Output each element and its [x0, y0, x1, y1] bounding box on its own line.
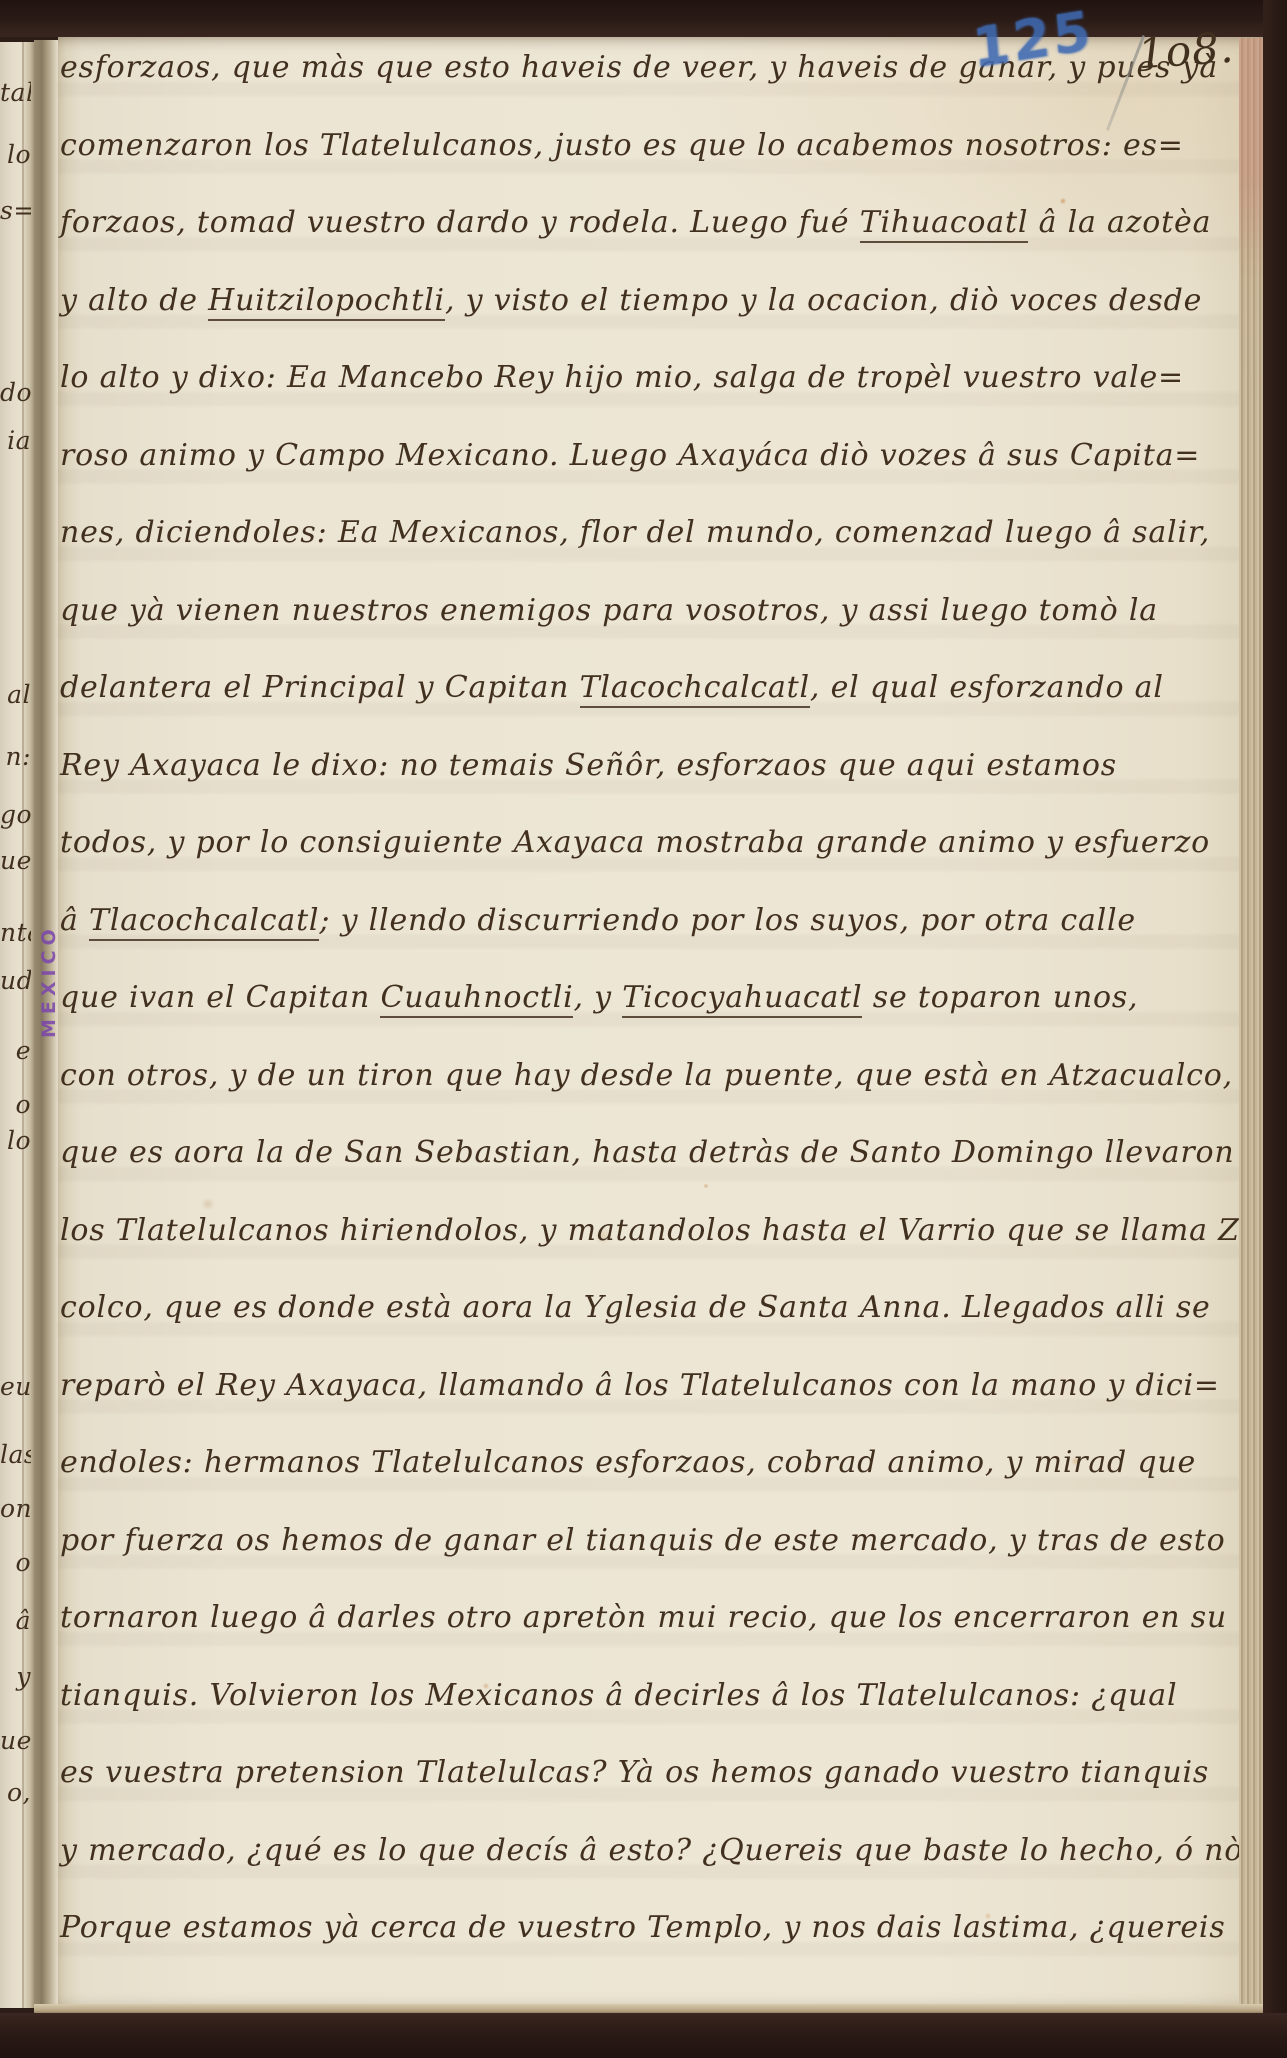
line-text: delantera el Principal y Capitan	[60, 670, 580, 705]
line-text: ; y llendo discurriendo por los suyos, p…	[319, 903, 1136, 938]
line-text: es vuestra pretension Tlatelulcas? Yà os…	[60, 1755, 1209, 1790]
manuscript-line: los Tlatelulcanos hiriendolos, y matando…	[60, 1213, 1284, 1248]
gutter-fragment: do	[0, 378, 31, 407]
line-text: que yà vienen nuestros enemigos para vos…	[60, 593, 1158, 628]
manuscript-page: esforzaos, que màs que esto haveis de ve…	[58, 36, 1263, 2012]
gutter-fragment: on	[0, 1494, 31, 1523]
line-text: forzaos, tomad vuestro dardo y rodela. L…	[60, 205, 860, 240]
page-fold-line	[22, 42, 24, 2008]
manuscript-line: es vuestra pretension Tlatelulcas? Yà os…	[60, 1755, 1209, 1790]
line-text: , y	[573, 980, 622, 1015]
folio-number-ink: 1o8.	[1136, 23, 1235, 79]
manuscript-line: roso animo y Campo Mexicano. Luego Axayá…	[60, 438, 1200, 473]
underlined-name: Ticocyahuacatl	[622, 980, 862, 1018]
gutter-fragment: o	[0, 1548, 31, 1577]
gutter-fragment: o,	[0, 1778, 31, 1807]
manuscript-line: con otros, y de un tiron que hay desde l…	[60, 1058, 1233, 1093]
line-text: Rey Axayaca le dixo: no temais Señôr, es…	[60, 748, 1117, 783]
book-cover-right	[1263, 0, 1287, 2058]
gutter-fragment: s=	[0, 196, 31, 225]
underlined-name: Tihuacoatl	[860, 205, 1029, 243]
line-text: que ivan el Capitan	[60, 980, 380, 1015]
gutter-fragment: al	[0, 680, 31, 709]
line-text: se toparon unos,	[862, 980, 1138, 1015]
line-text: comenzaron los Tlatelulcanos, justo es q…	[60, 128, 1184, 163]
line-text: â	[60, 903, 89, 938]
manuscript-line: reparò el Rey Axayaca, llamando â los Tl…	[60, 1368, 1220, 1403]
gutter-fragment: lo	[0, 140, 31, 169]
line-text: tianquis. Volvieron los Mexicanos â deci…	[60, 1678, 1177, 1713]
gutter-fragment: go	[0, 800, 31, 829]
manuscript-line: que ivan el Capitan Cuauhnoctli, y Ticoc…	[60, 980, 1138, 1015]
underlined-name: Cuauhnoctli	[380, 980, 573, 1018]
gutter-fragment: y	[0, 1662, 31, 1691]
line-text: â la azotèa	[1028, 205, 1211, 240]
underlined-name: Huitzilopochtli	[208, 283, 445, 321]
line-text: endoles: hermanos Tlatelulcanos esforzao…	[60, 1445, 1196, 1480]
manuscript-line: endoles: hermanos Tlatelulcanos esforzao…	[60, 1445, 1196, 1480]
manuscript-line: que yà vienen nuestros enemigos para vos…	[60, 593, 1158, 628]
line-text: que es aora la de San Sebastian, hasta d…	[60, 1135, 1264, 1170]
underlined-name: Tlacochcalcatl	[580, 670, 810, 708]
line-text: Porque estamos yà cerca de vuestro Templ…	[60, 1910, 1226, 1945]
gutter-fragment: nta	[0, 918, 31, 947]
line-text: y alto de	[60, 283, 208, 318]
manuscript-scan: tallos=doiaaln:goue:ntaudeoloeuc:lasonoâ…	[0, 0, 1287, 2058]
gutter-fragment: las	[0, 1440, 31, 1469]
line-text: todos, y por lo consiguiente Axayaca mos…	[60, 825, 1210, 860]
line-text: colco, que es donde està aora la Yglesia…	[60, 1290, 1211, 1325]
line-text: por fuerza os hemos de ganar el tianquis…	[60, 1523, 1225, 1558]
line-text: reparò el Rey Axayaca, llamando â los Tl…	[60, 1368, 1220, 1403]
manuscript-line: que es aora la de San Sebastian, hasta d…	[60, 1135, 1264, 1170]
line-text: nes, diciendoles: Ea Mexicanos, flor del…	[60, 515, 1210, 550]
book-cover-top	[0, 0, 1287, 37]
manuscript-line: Porque estamos yà cerca de vuestro Templ…	[60, 1910, 1226, 1945]
fore-edge	[1239, 38, 1265, 2010]
book-cover-bottom	[0, 2013, 1287, 2058]
library-stamp: MEXICO	[38, 886, 62, 1038]
line-text: lo alto y dixo: Ea Mancebo Rey hijo mio,…	[60, 360, 1184, 395]
gutter-fragment: ud	[0, 966, 31, 995]
manuscript-line: â Tlacochcalcatl; y llendo discurriendo …	[60, 903, 1136, 938]
manuscript-line: tornaron luego â darles otro apretòn mui…	[60, 1600, 1227, 1635]
manuscript-line: tianquis. Volvieron los Mexicanos â deci…	[60, 1678, 1177, 1713]
line-text: con otros, y de un tiron que hay desde l…	[60, 1058, 1233, 1093]
gutter-fragment: tal	[0, 78, 31, 107]
facing-page-edge: tallos=doiaaln:goue:ntaudeoloeuc:lasonoâ…	[0, 42, 34, 2008]
line-text: roso animo y Campo Mexicano. Luego Axayá…	[60, 438, 1200, 473]
gutter-fragment: e	[0, 1036, 31, 1065]
gutter-fragment: n:	[0, 742, 31, 771]
line-text: tornaron luego â darles otro apretòn mui…	[60, 1600, 1227, 1635]
manuscript-line: y alto de Huitzilopochtli, y visto el ti…	[60, 283, 1202, 318]
manuscript-line: por fuerza os hemos de ganar el tianquis…	[60, 1523, 1225, 1558]
manuscript-line: todos, y por lo consiguiente Axayaca mos…	[60, 825, 1210, 860]
manuscript-line: comenzaron los Tlatelulcanos, justo es q…	[60, 128, 1184, 163]
gutter-fragment: ia	[0, 426, 31, 455]
gutter-fragment: o	[0, 1090, 31, 1119]
manuscript-line: Rey Axayaca le dixo: no temais Señôr, es…	[60, 748, 1117, 783]
manuscript-line: y mercado, ¿qué es lo que decís â esto? …	[60, 1833, 1260, 1868]
manuscript-text: esforzaos, que màs que esto haveis de ve…	[58, 36, 1263, 2012]
gutter-fragment: â	[0, 1606, 31, 1635]
gutter-fragment: ues	[0, 1726, 31, 1755]
manuscript-line: forzaos, tomad vuestro dardo y rodela. L…	[60, 205, 1211, 240]
line-text: , el qual esforzando al	[810, 670, 1164, 705]
line-text: , y visto el tiempo y la ocacion, diò vo…	[445, 283, 1202, 318]
gutter-fragment: ue:	[0, 846, 31, 875]
manuscript-line: colco, que es donde està aora la Yglesia…	[60, 1290, 1211, 1325]
gutter-fragment: euc:	[0, 1372, 31, 1401]
line-text: los Tlatelulcanos hiriendolos, y matando…	[60, 1213, 1284, 1248]
manuscript-line: delantera el Principal y Capitan Tlacoch…	[60, 670, 1164, 705]
underlined-name: Tlacochcalcatl	[89, 903, 319, 941]
manuscript-line: nes, diciendoles: Ea Mexicanos, flor del…	[60, 515, 1210, 550]
gutter-fragment: lo	[0, 1126, 31, 1155]
line-text: y mercado, ¿qué es lo que decís â esto? …	[60, 1833, 1260, 1868]
manuscript-line: lo alto y dixo: Ea Mancebo Rey hijo mio,…	[60, 360, 1184, 395]
